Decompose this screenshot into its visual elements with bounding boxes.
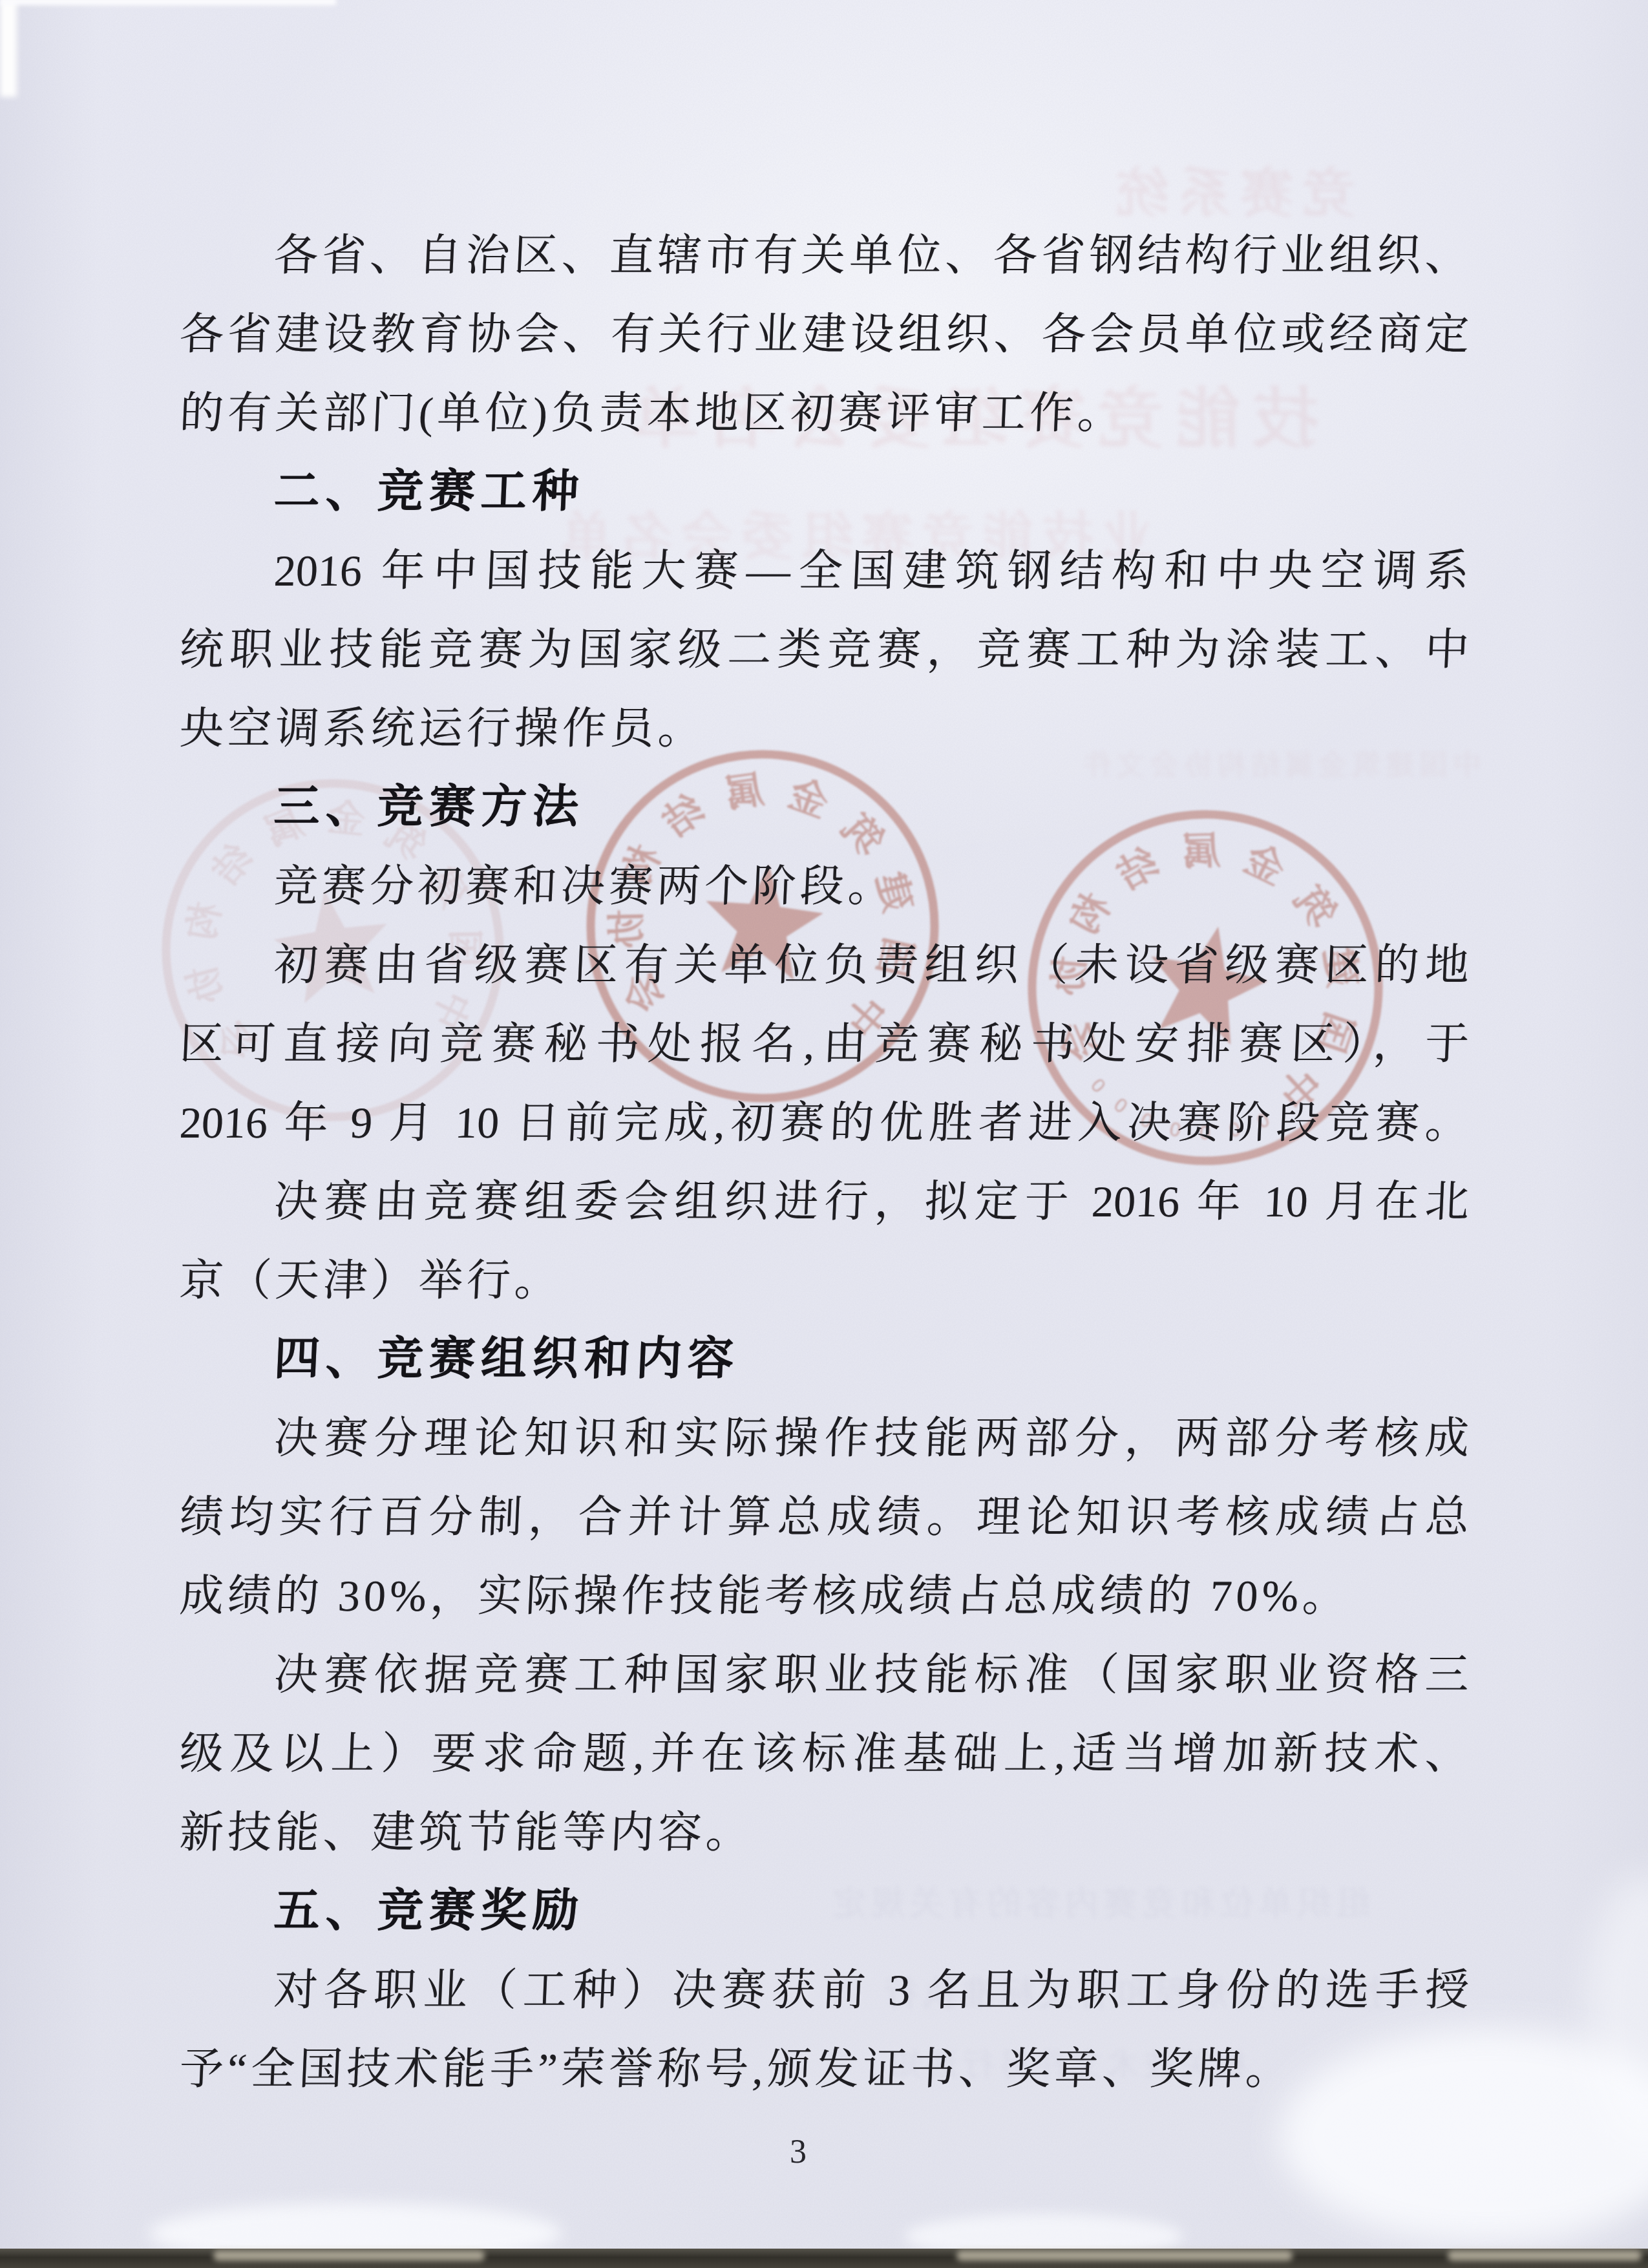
text-line: 竞赛分初赛和决赛两个阶段。 bbox=[272, 847, 898, 926]
document-page: 竞赛系统技能竞赛组委会名单业技能竞赛组委会名单中国建筑金属结构协会文件组织单位和… bbox=[0, 0, 1648, 2268]
text-line: 的有关部门(单位)负责本地区初赛评审工作。 bbox=[178, 374, 1127, 452]
text-line: 区可直接向竞赛秘书处报名,由竞赛秘书处安排赛区），于 bbox=[178, 1004, 1471, 1083]
text-line: 绩均实行百分制，合并计算总成绩。理论知识考核成绩占总 bbox=[178, 1478, 1471, 1556]
text-line: 各省建设教育协会、有关行业建设组织、各会员单位或经商定 bbox=[178, 295, 1471, 374]
scanned-document: { "page": { "width": 2550, "height": 350… bbox=[0, 0, 1648, 2268]
section-heading: 四、竞赛组织和内容 bbox=[272, 1320, 741, 1399]
text-line: 央空调系统运行操作员。 bbox=[178, 689, 708, 768]
text-line: 予“全国技术能手”荣誉称号,颁发证书、奖章、奖牌。 bbox=[178, 2030, 1295, 2108]
text-line: 成绩的 30%，实际操作技能考核成绩占总成绩的 70%。 bbox=[178, 1556, 1352, 1635]
document-body: 各省、自治区、直辖市有关单位、各省钢结构行业组织、各省建设教育协会、有关行业建设… bbox=[0, 0, 1648, 2268]
text-line: 决赛由竞赛组委会组织进行，拟定于 2016 年 10 月在北 bbox=[272, 1162, 1471, 1241]
text-line: 初赛由省级赛区有关单位负责组织（未设省级赛区的地 bbox=[272, 926, 1471, 1004]
text-line: 各省、自治区、直辖市有关单位、各省钢结构行业组织、 bbox=[272, 216, 1471, 295]
text-line: 2016 年 9 月 10 日前完成,初赛的优胜者进入决赛阶段竞赛。 bbox=[178, 1083, 1471, 1162]
text-line: 统职业技能竞赛为国家级二类竞赛，竞赛工种为涂装工、中 bbox=[178, 610, 1471, 689]
text-line: 决赛依据竞赛工种国家职业技能标准（国家职业资格三 bbox=[272, 1635, 1471, 1714]
text-line: 级及以上）要求命题,并在该标准基础上,适当增加新技术、 bbox=[178, 1714, 1471, 1793]
page-number: 3 bbox=[0, 2133, 1596, 2171]
text-line: 京（天津）举行。 bbox=[178, 1241, 564, 1320]
text-line: 对各职业（工种）决赛获前 3 名且为职工身份的选手授 bbox=[272, 1951, 1471, 2030]
section-heading: 三、竞赛方法 bbox=[272, 768, 586, 847]
section-heading: 二、竞赛工种 bbox=[272, 452, 586, 531]
text-line: 决赛分理论知识和实际操作技能两部分，两部分考核成 bbox=[272, 1399, 1471, 1478]
text-line: 2016 年中国技能大赛—全国建筑钢结构和中央空调系 bbox=[272, 531, 1471, 610]
section-heading: 五、竞赛奖励 bbox=[272, 1872, 586, 1951]
text-line: 新技能、建筑节能等内容。 bbox=[178, 1793, 755, 1872]
